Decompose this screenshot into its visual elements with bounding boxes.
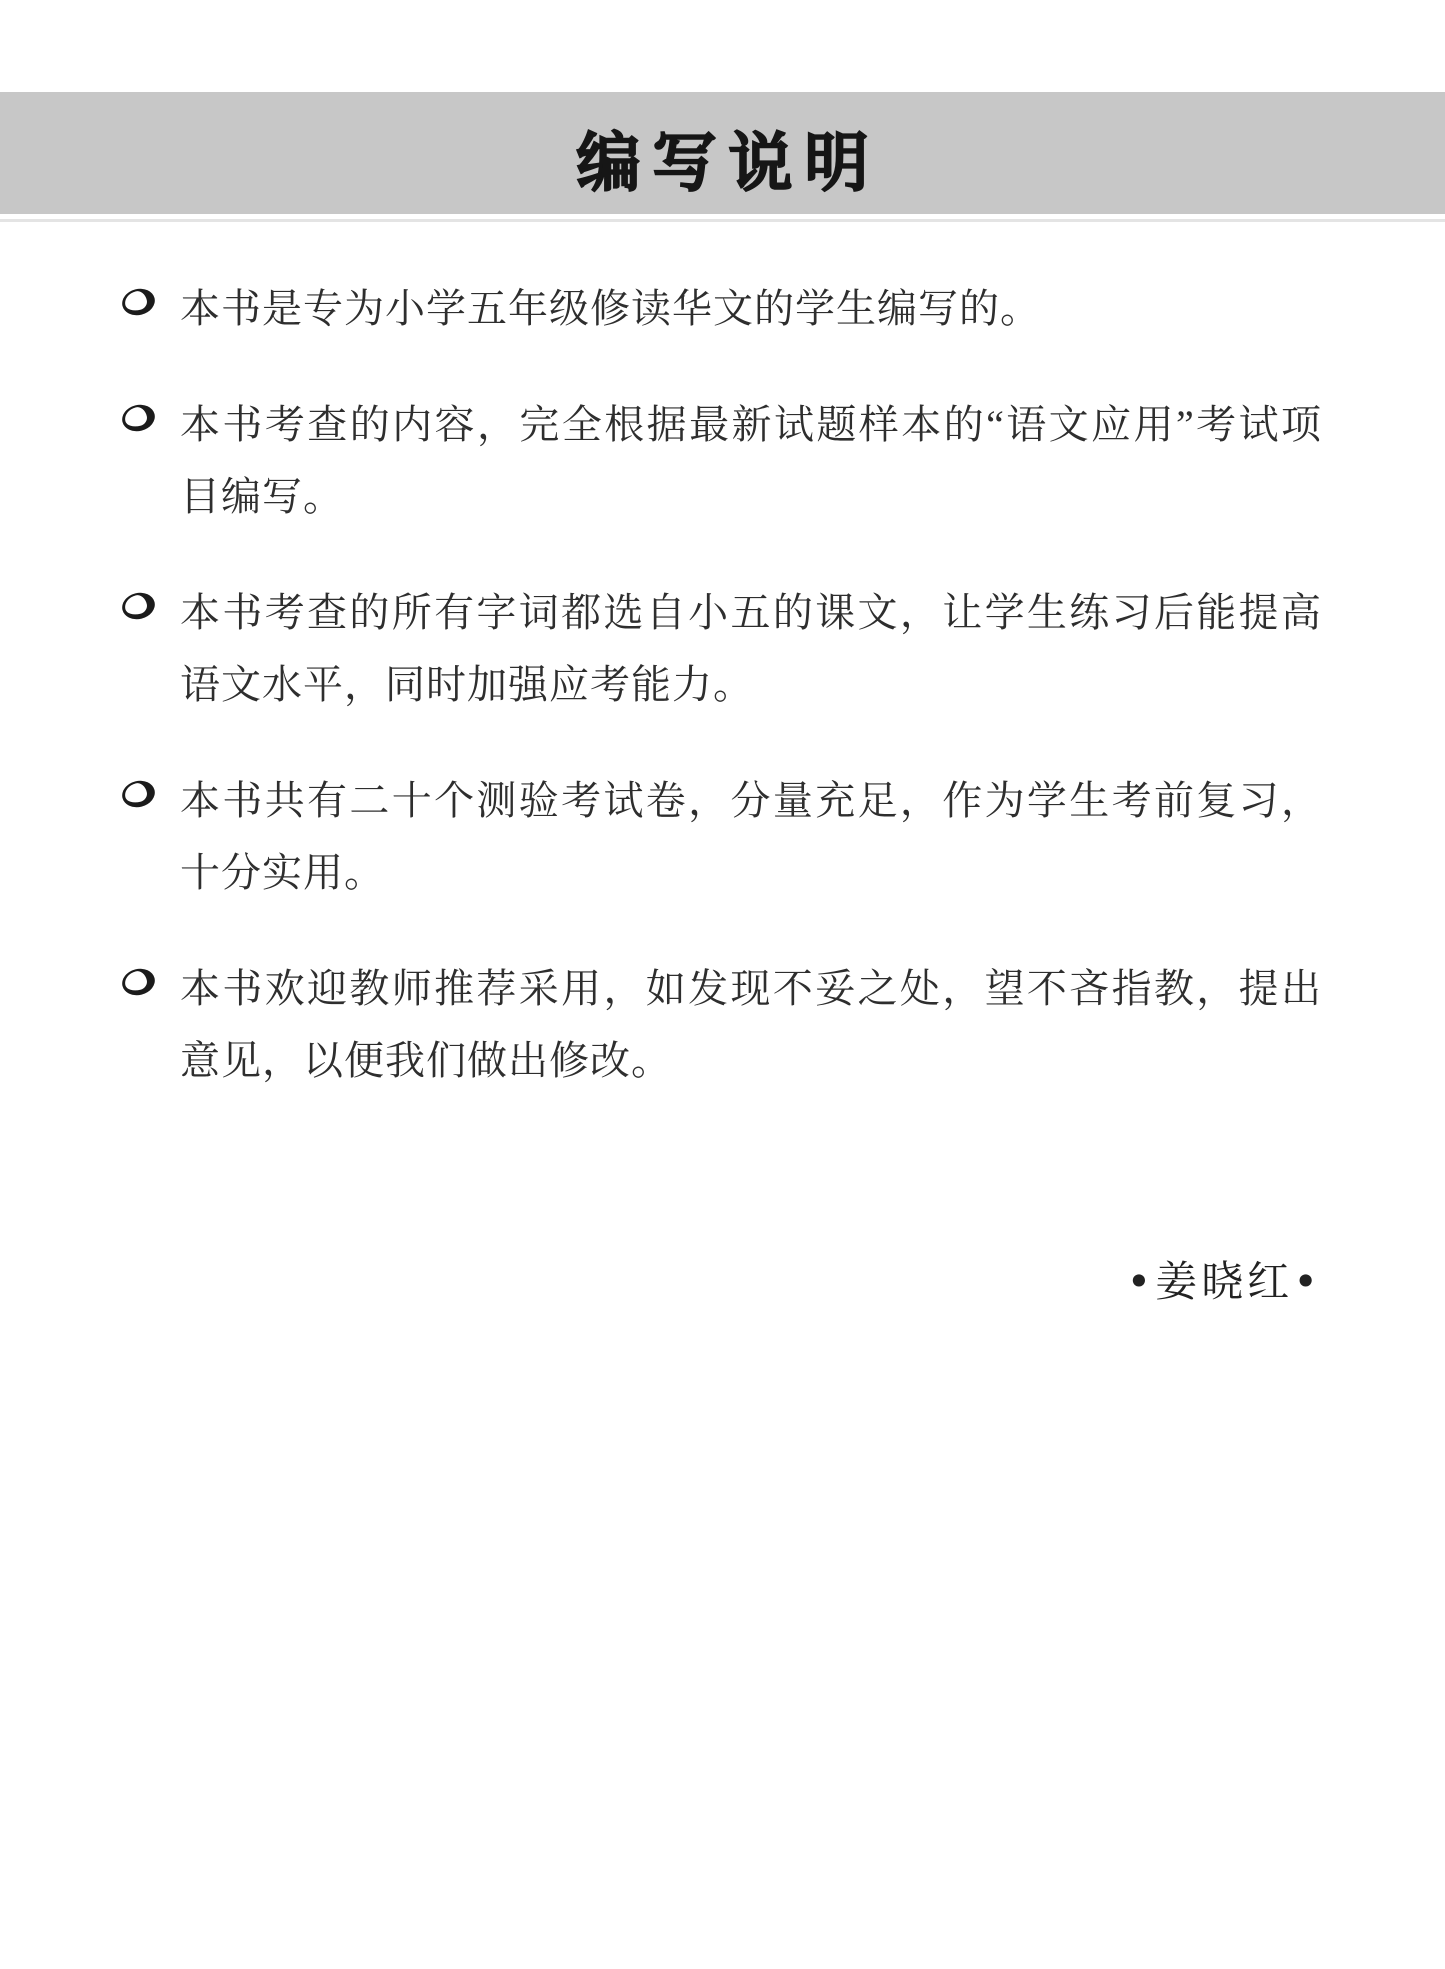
note-text: 本书共有二十个测验考试卷，分量充足，作为学生考前复习，十分实用。 — [180, 765, 1322, 909]
note-text: 本书欢迎教师推荐采用，如发现不妥之处，望不吝指教，提出意见，以便我们做出修改。 — [180, 953, 1322, 1097]
note-text: 本书考查的所有字词都选自小五的课文，让学生练习后能提高语文水平，同时加强应考能力… — [180, 577, 1322, 721]
author-signature: •姜晓红• — [0, 1249, 1445, 1309]
note-item: 本书考查的所有字词都选自小五的课文，让学生练习后能提高语文水平，同时加强应考能力… — [122, 577, 1325, 721]
note-item: 本书考查的内容，完全根据最新试题样本的“语文应用”考试项目编写。 — [122, 389, 1325, 533]
note-item: 本书共有二十个测验考试卷，分量充足，作为学生考前复习，十分实用。 — [122, 765, 1325, 909]
circle-bullet-icon — [119, 589, 157, 622]
note-text: 本书考查的内容，完全根据最新试题样本的“语文应用”考试项目编写。 — [180, 389, 1322, 533]
notes-list: 本书是专为小学五年级修读华文的学生编写的。 本书考查的内容，完全根据最新试题样本… — [122, 273, 1325, 1097]
circle-bullet-icon — [119, 777, 157, 810]
circle-bullet-icon — [119, 285, 157, 318]
title-banner: 编写说明 — [0, 92, 1445, 214]
circle-bullet-icon — [119, 965, 157, 998]
page-title: 编写说明 — [565, 102, 881, 204]
note-item: 本书欢迎教师推荐采用，如发现不妥之处，望不吝指教，提出意见，以便我们做出修改。 — [122, 953, 1325, 1097]
note-text: 本书是专为小学五年级修读华文的学生编写的。 — [180, 273, 1322, 345]
book-page: 编写说明 本书是专为小学五年级修读华文的学生编写的。 本书考查的内容，完全根据最… — [0, 0, 1445, 1969]
circle-bullet-icon — [119, 401, 157, 434]
note-item: 本书是专为小学五年级修读华文的学生编写的。 — [122, 273, 1325, 345]
banner-underline — [0, 219, 1445, 222]
